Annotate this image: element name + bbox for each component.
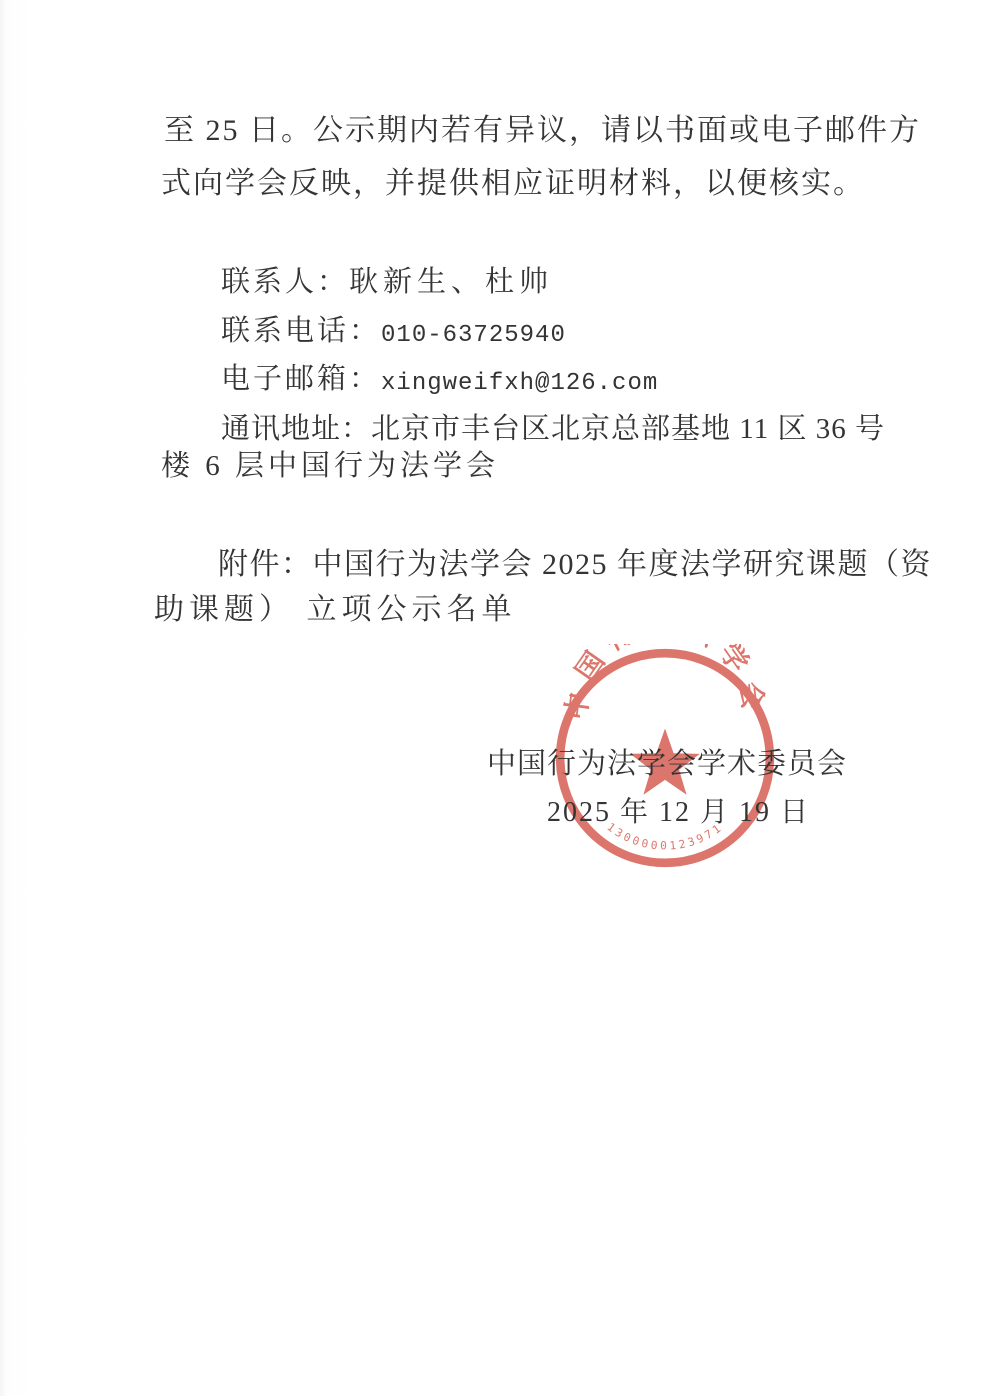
body-line-2: 式向学会反映，并提供相应证明材料，以便核实。 <box>161 169 865 199</box>
contact-address-line-2: 楼 6 层中国行为法学会 <box>161 452 499 481</box>
contact-address-line-1: 通讯地址：北京市丰台区北京总部基地 11 区 36 号 <box>221 406 885 447</box>
contact-email-label: 电子邮箱： <box>221 363 381 395</box>
signature-date: 2025 年 12 月 19 日 <box>547 790 810 830</box>
contact-address-value-1: 北京市丰台区北京总部基地 11 区 36 号 <box>371 413 885 445</box>
document-page: 至 25 日。公示期内若有异议，请以书面或电子邮件方 式向学会反映，并提供相应证… <box>0 0 1008 1396</box>
contact-phone-value: 010-63725940 <box>381 322 566 349</box>
contact-person-line: 联系人：耿新生、杜帅 <box>221 259 553 300</box>
attachment-line-1: 附件：中国行为法学会 2025 年度法学研究课题（资 <box>218 550 932 580</box>
contact-email-line: 电子邮箱：xingweifxh@126.com <box>221 356 658 397</box>
body-line-1: 至 25 日。公示期内若有异议，请以书面或电子邮件方 <box>164 116 921 146</box>
contact-person-value: 耿新生、杜帅 <box>349 266 553 298</box>
signature-organization: 中国行为法学会学术委员会 <box>487 741 847 782</box>
attachment-line-2: 助课题） 立项公示名单 <box>154 595 517 625</box>
contact-phone-label: 联系电话： <box>221 315 381 347</box>
contact-email-value: xingweifxh@126.com <box>381 370 658 397</box>
contact-phone-line: 联系电话：010-63725940 <box>221 308 566 349</box>
contact-person-label: 联系人： <box>221 266 349 298</box>
contact-address-label: 通讯地址： <box>221 413 371 445</box>
